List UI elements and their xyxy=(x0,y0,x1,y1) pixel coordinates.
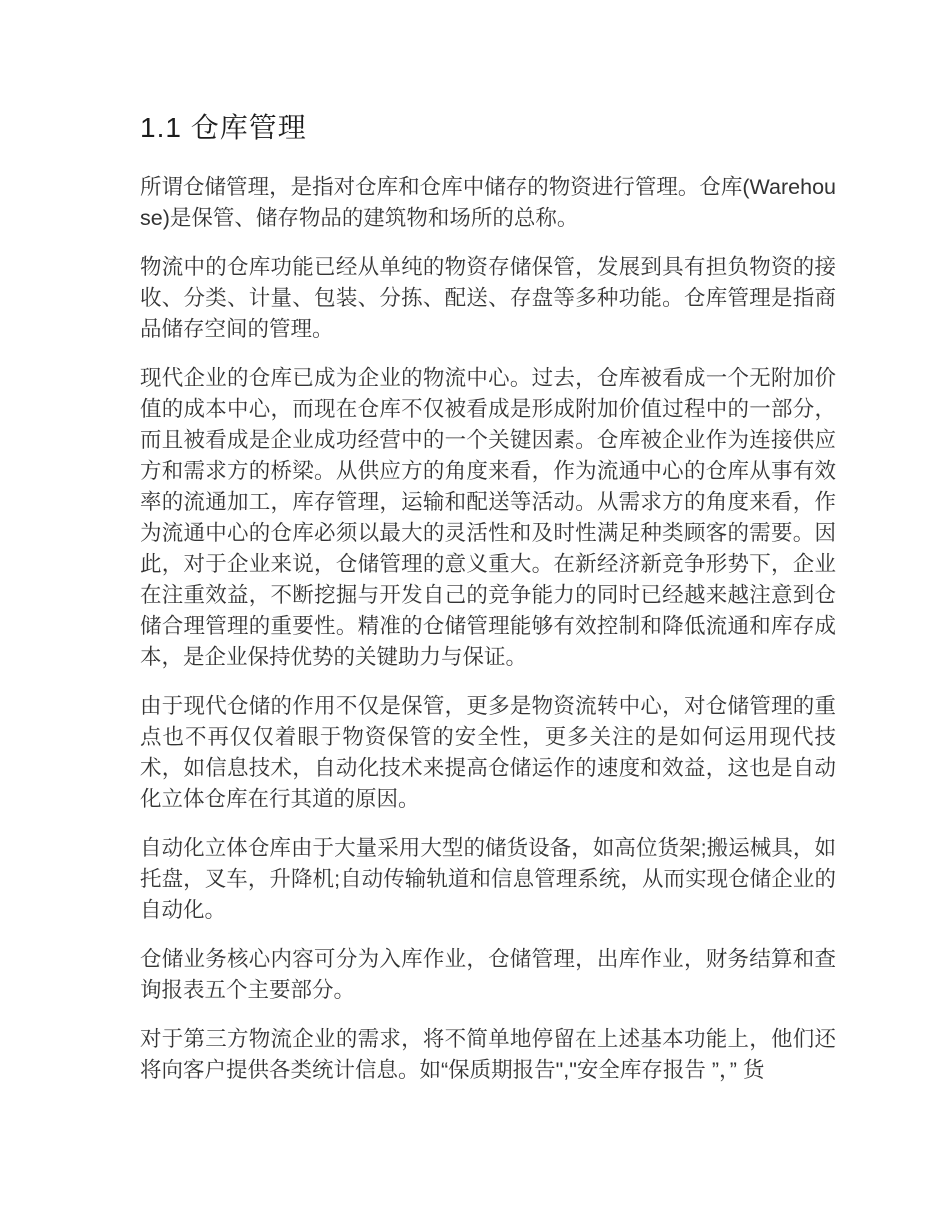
paragraph-third-party-logistics-needs: 对于第三方物流企业的需求，将不简单地停留在上述基本功能上，他们还将向客户提供各类… xyxy=(140,1024,836,1086)
document-page: 1.1 仓库管理 所谓仓储管理，是指对仓库和仓库中储存的物资进行管理。仓库(Wa… xyxy=(0,0,950,1230)
paragraph-automated-warehouse-equipment: 自动化立体仓库由于大量采用大型的储货设备，如高位货架;搬运械具，如托盘，叉车，升… xyxy=(140,833,836,926)
section-heading: 1.1 仓库管理 xyxy=(140,108,836,148)
paragraph-warehouse-definition: 所谓仓储管理，是指对仓库和仓库中储存的物资进行管理。仓库(Warehouse)是… xyxy=(140,172,836,234)
paragraph-logistics-functions: 物流中的仓库功能已经从单纯的物资存储保管，发展到具有担负物资的接收、分类、计量、… xyxy=(140,252,836,345)
paragraph-modern-storage-role: 由于现代仓储的作用不仅是保管，更多是物资流转中心，对仓储管理的重点也不再仅仅着眼… xyxy=(140,691,836,815)
paragraph-core-business-parts: 仓储业务核心内容可分为入库作业，仓储管理，出库作业，财务结算和查询报表五个主要部… xyxy=(140,944,836,1006)
paragraph-modern-enterprise-warehouse: 现代企业的仓库已成为企业的物流中心。过去，仓库被看成一个无附加价值的成本中心，而… xyxy=(140,363,836,673)
document-content: 1.1 仓库管理 所谓仓储管理，是指对仓库和仓库中储存的物资进行管理。仓库(Wa… xyxy=(140,108,836,1086)
